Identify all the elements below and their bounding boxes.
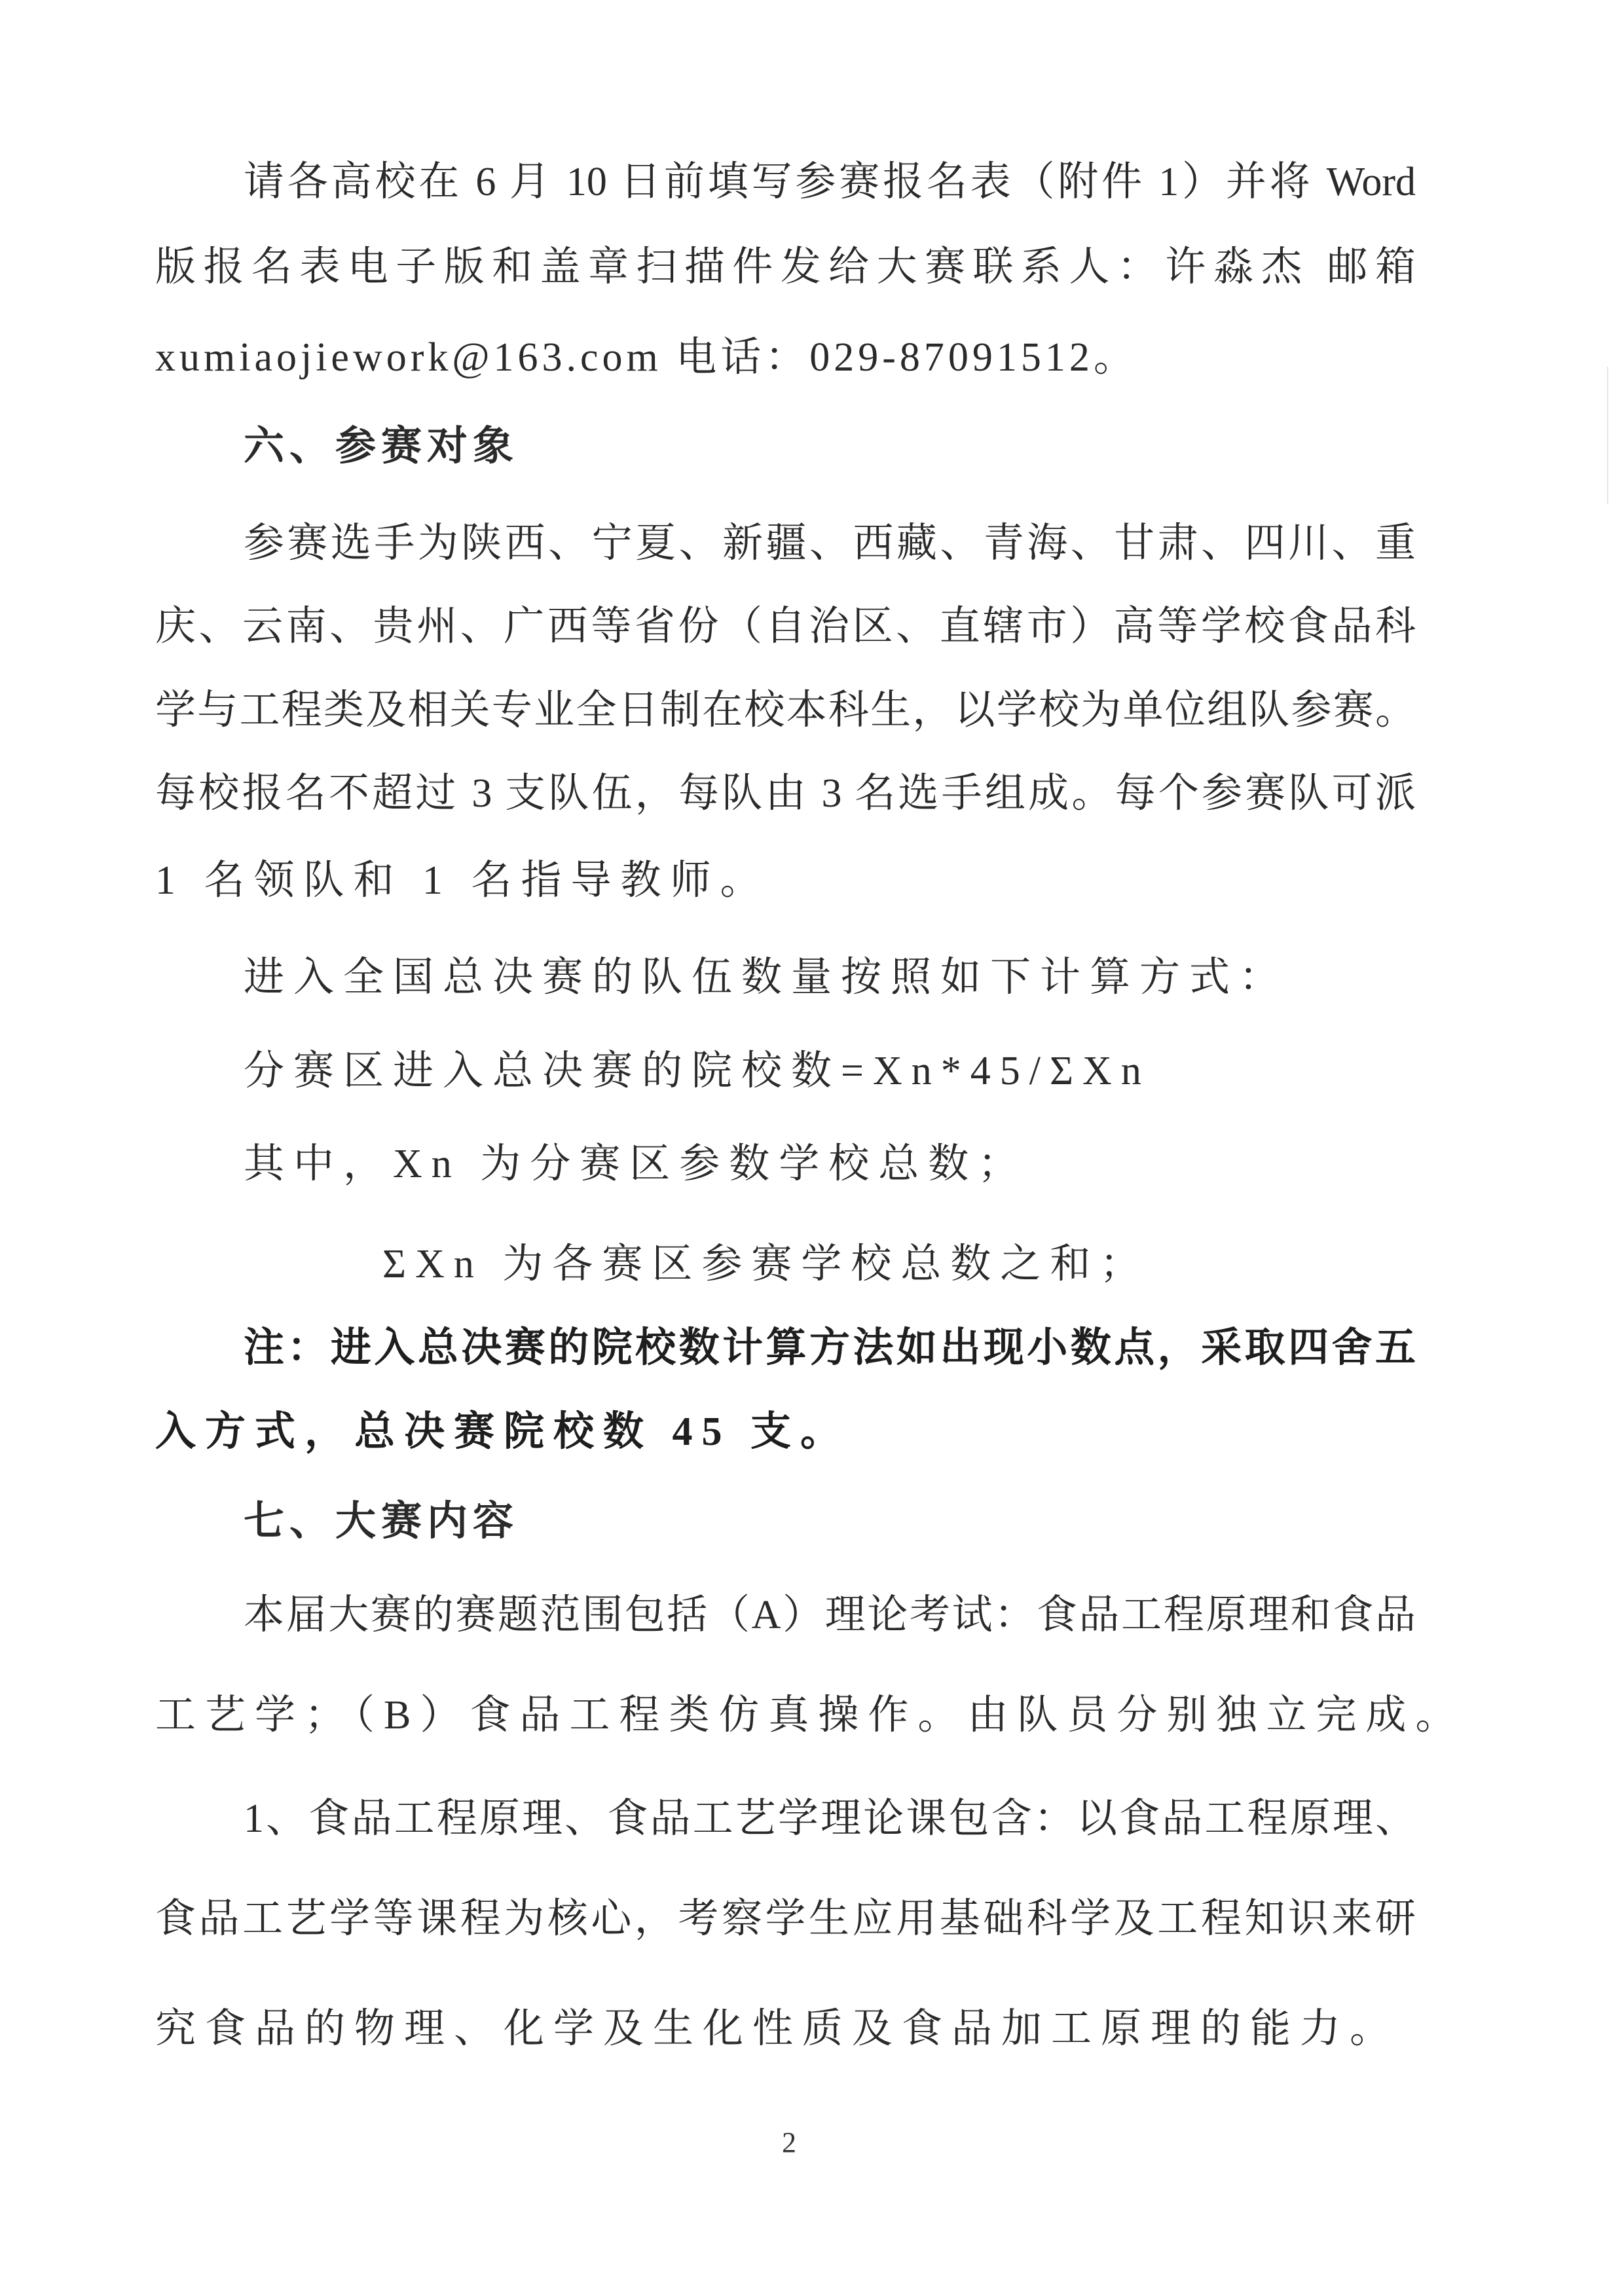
document-page: 请各高校在 6 月 10 日前填写参赛报名表（附件 1）并将 Word 版报名表… <box>0 0 1624 2296</box>
page-number: 2 <box>773 2126 805 2159</box>
registration-line-2: 版报名表电子版和盖章扫描件发给大赛联系人：许淼杰 邮箱 <box>155 241 1416 293</box>
item-1-line-2: 食品工艺学等课程为核心，考察学生应用基础科学及工程知识来研 <box>155 1893 1416 1945</box>
section-6-heading: 六、参赛对象 <box>244 420 1416 473</box>
note-line-2: 入方式，总决赛院校数 45 支。 <box>155 1406 1416 1458</box>
content-line-2: 工艺学；（B）食品工程类仿真操作。由队员分别独立完成。 <box>155 1689 1416 1741</box>
formula-intro: 进入全国总决赛的队伍数量按照如下计算方式： <box>244 951 1416 1004</box>
note-line-1: 注：进入总决赛的院校数计算方法如出现小数点，采取四舍五 <box>244 1322 1416 1374</box>
item-1-line-1: 1、食品工程原理、食品工艺学理论课包含：以食品工程原理、 <box>244 1793 1416 1845</box>
participants-line-4: 每校报名不超过 3 支队伍，每队由 3 名选手组成。每个参赛队可派 <box>155 767 1416 820</box>
content-line-1: 本届大赛的赛题范围包括（A）理论考试：食品工程原理和食品 <box>244 1589 1416 1641</box>
formula-where-xn: 其中，Xn 为分赛区参数学校总数； <box>244 1138 1416 1190</box>
formula-where-sum-xn: ΣXn 为各赛区参赛学校总数之和； <box>382 1238 1416 1290</box>
scan-edge-artifact <box>1607 367 1608 504</box>
participants-line-5: 1 名领队和 1 名指导教师。 <box>155 854 1416 907</box>
formula-expression: 分赛区进入总决赛的院校数=Xn*45/ΣXn <box>244 1045 1416 1097</box>
participants-line-1: 参赛选手为陕西、宁夏、新疆、西藏、青海、甘肃、四川、重 <box>244 517 1416 570</box>
participants-line-2: 庆、云南、贵州、广西等省份（自治区、直辖市）高等学校食品科 <box>155 600 1416 653</box>
registration-line-1: 请各高校在 6 月 10 日前填写参赛报名表（附件 1）并将 Word <box>244 156 1416 208</box>
section-7-heading: 七、大赛内容 <box>244 1495 1416 1548</box>
participants-line-3: 学与工程类及相关专业全日制在校本科生，以学校为单位组队参赛。 <box>155 684 1416 737</box>
item-1-line-3: 究食品的物理、化学及生化性质及食品加工原理的能力。 <box>155 2003 1416 2055</box>
registration-line-3-contact: xumiaojiework@163.com 电话：029-87091512。 <box>155 331 1416 384</box>
